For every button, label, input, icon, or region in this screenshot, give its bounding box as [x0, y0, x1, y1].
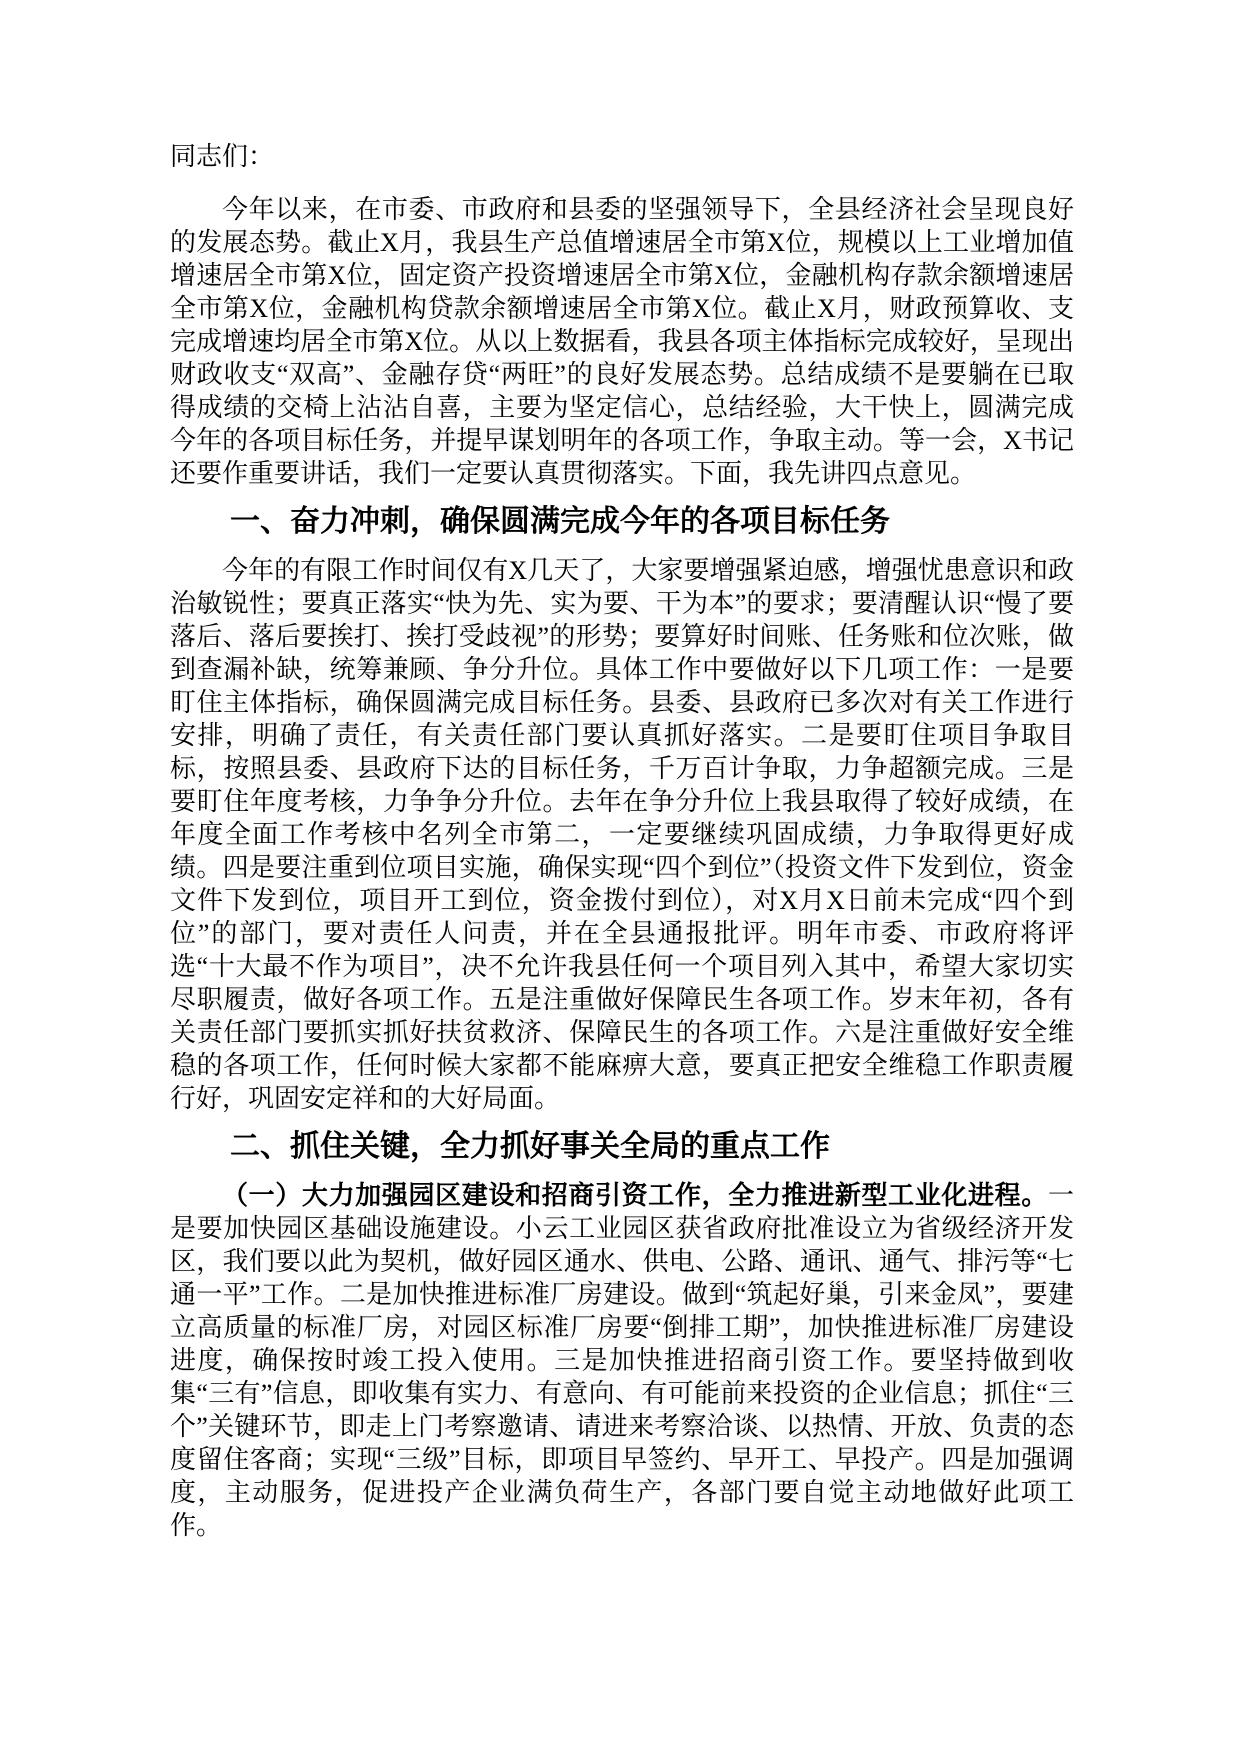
section-1-paragraph: 今年的有限工作时间仅有X几天了，大家要增强紧迫感，增强忧患意识和政治敏锐性；要真… [170, 554, 1074, 1115]
section-2-subsection-1-paragraph: （一）大力加强园区建设和招商引资工作，全力推进新型工业化进程。一是要加快园区基础… [170, 1179, 1074, 1542]
subsection-1-body: 一是要加快园区基础设施建设。小云工业园区获省政府批准设立为省级经济开发区，我们要… [170, 1181, 1074, 1540]
document-page: 同志们： 今年以来，在市委、市政府和县委的坚强领导下，全县经济社会呈现良好的发展… [0, 0, 1240, 1754]
section-1-heading: 一、奋力冲刺，确保圆满完成今年的各项目标任务 [170, 502, 1074, 542]
salutation: 同志们： [170, 140, 1074, 173]
intro-paragraph: 今年以来，在市委、市政府和县委的坚强领导下，全县经济社会呈现良好的发展态势。截止… [170, 193, 1074, 490]
document-content: 同志们： 今年以来，在市委、市政府和县委的坚强领导下，全县经济社会呈现良好的发展… [170, 140, 1074, 1542]
section-2-heading: 二、抓住关键，全力抓好事关全局的重点工作 [170, 1127, 1074, 1167]
subsection-1-lead: （一）大力加强园区建设和招商引资工作，全力推进新型工业化进程。 [222, 1180, 1048, 1210]
